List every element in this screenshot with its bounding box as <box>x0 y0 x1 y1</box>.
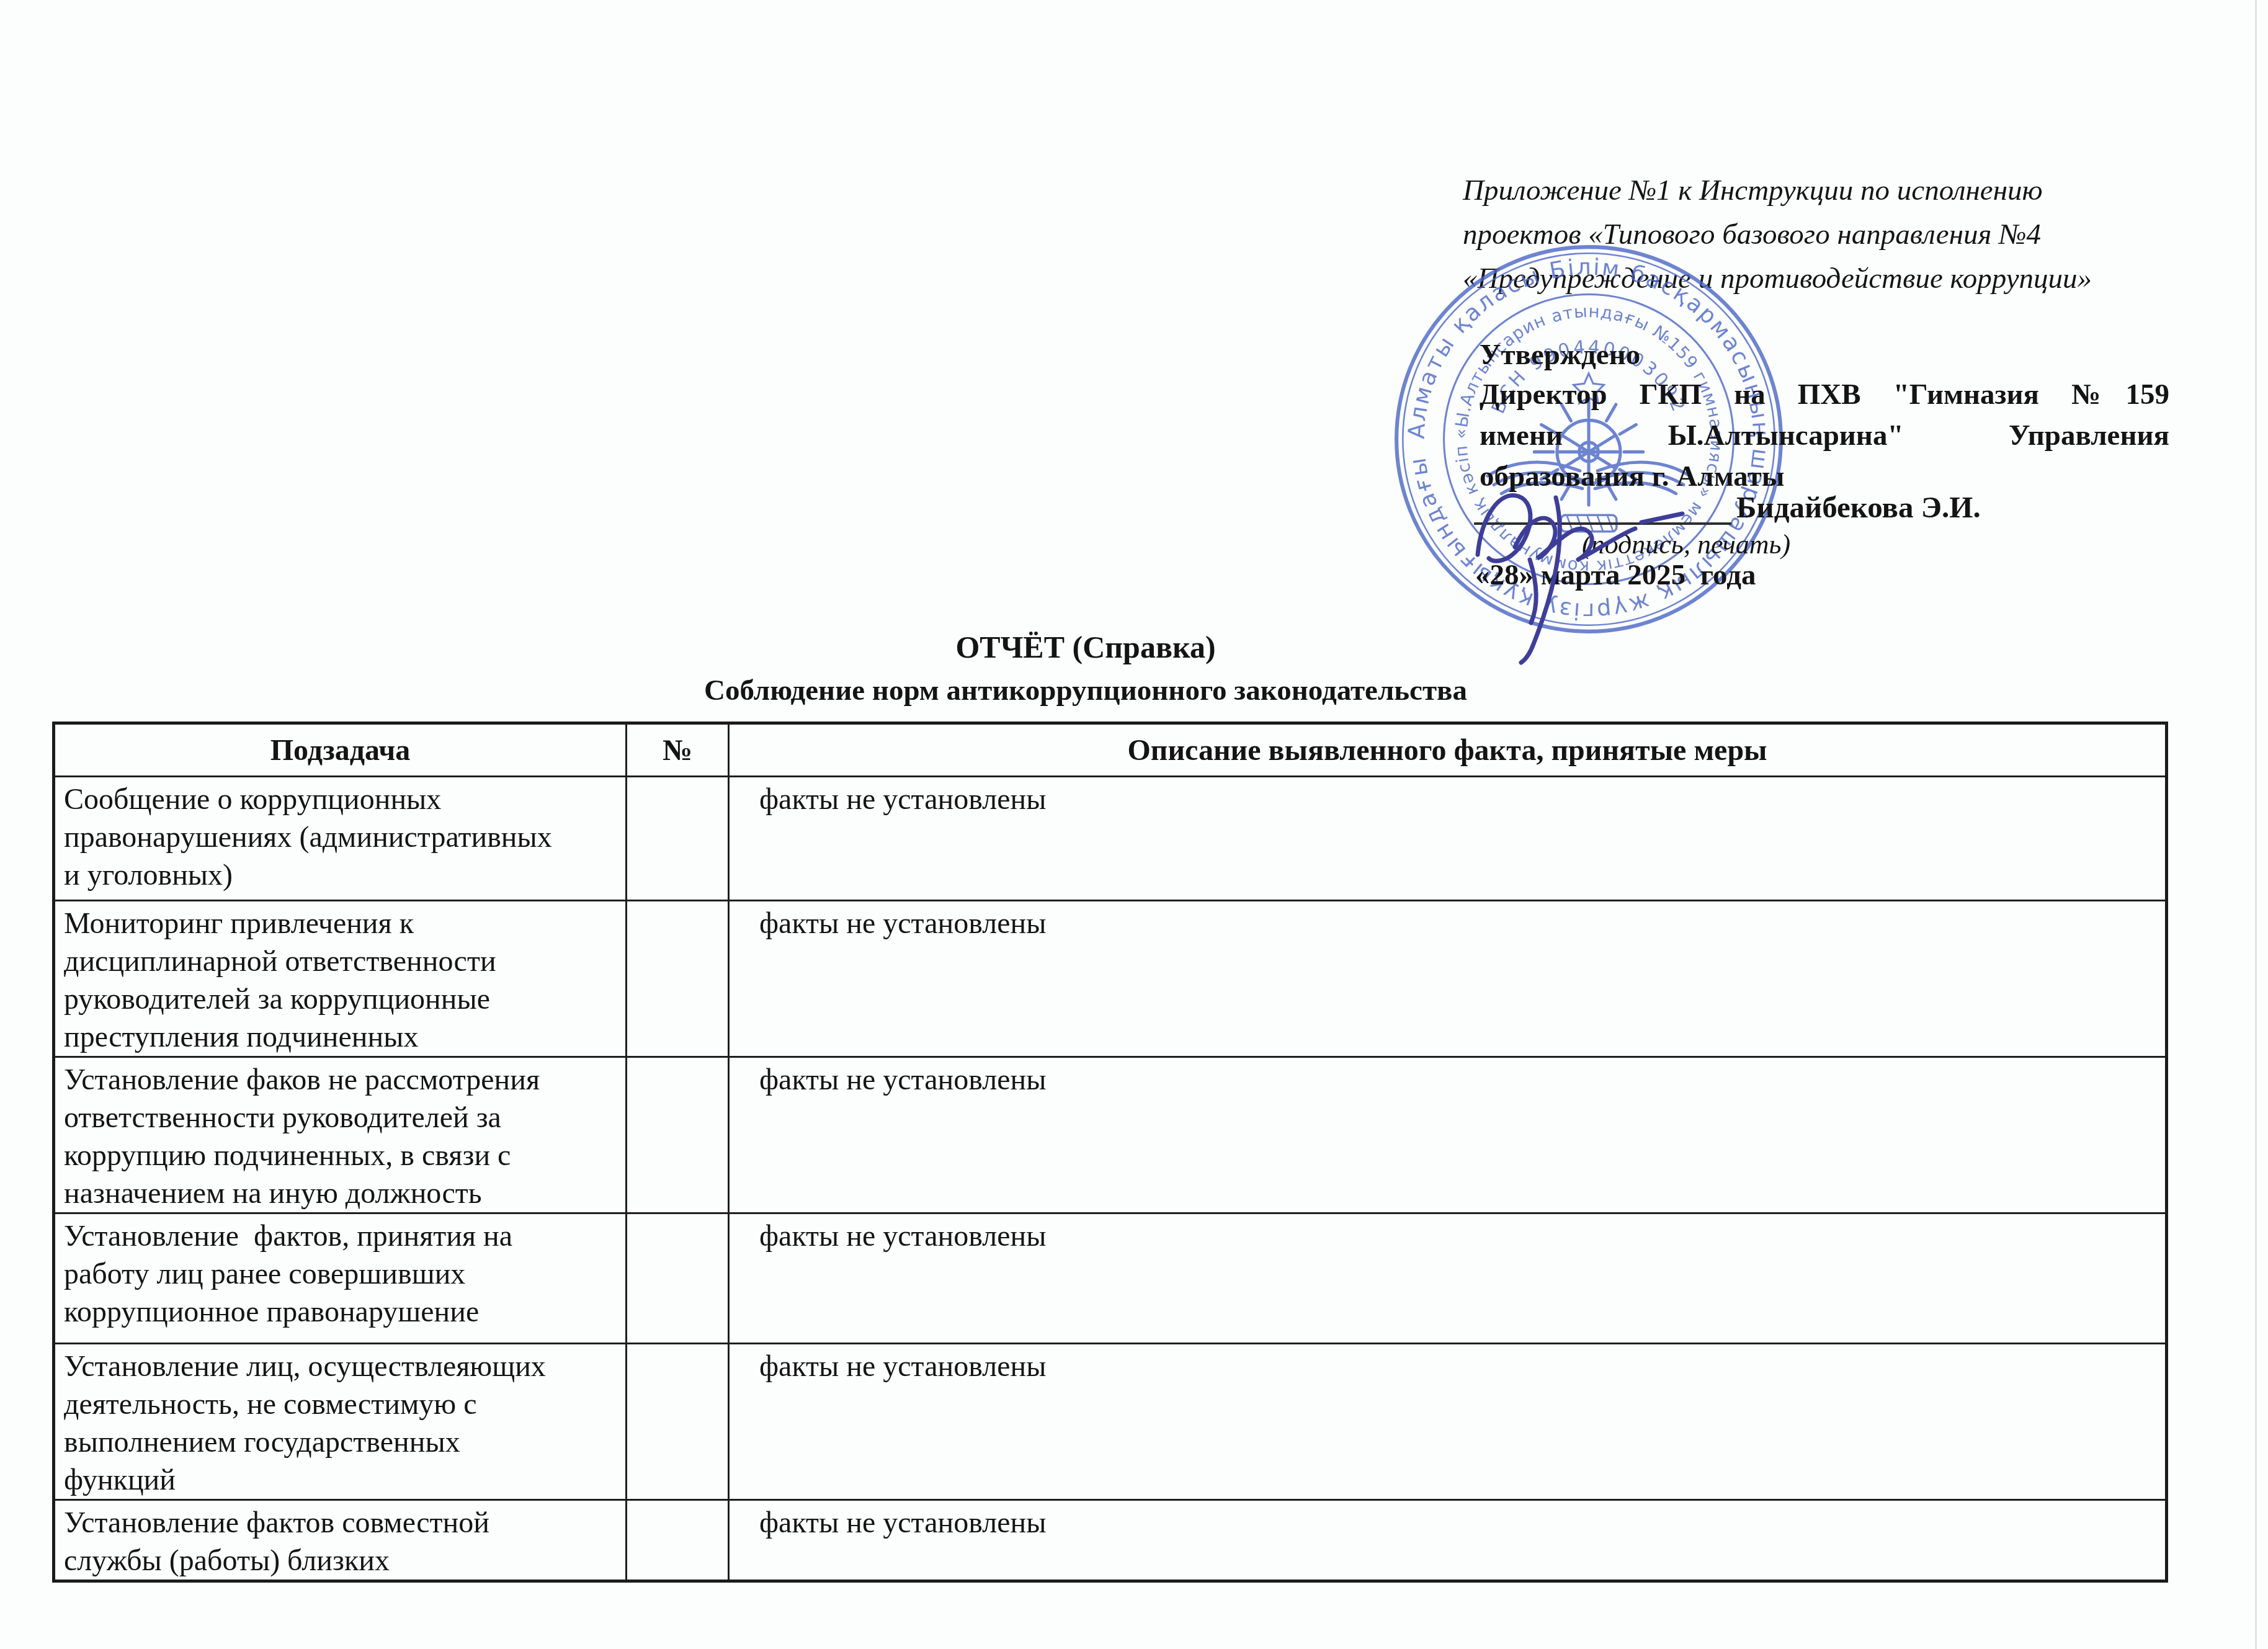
report-title: ОТЧЁТ (Справка) <box>53 629 2118 665</box>
number-cell <box>627 901 729 1057</box>
subtask-cell: Мониторинг привлечения к дисциплинарной … <box>54 901 627 1057</box>
approved-label: Утверждено <box>1480 338 2169 378</box>
report-subtitle: Соблюдение норм антикоррупционного закон… <box>53 674 2118 707</box>
number-cell <box>627 777 729 901</box>
title-block: ОТЧЁТ (Справка) Соблюдение норм антикорр… <box>53 629 2118 707</box>
number-cell <box>627 1500 729 1581</box>
table-row: Установление факов не рассмотрения ответ… <box>54 1057 2167 1213</box>
table-row: Мониторинг привлечения к дисциплинарной … <box>54 901 2167 1057</box>
description-cell: факты не установлены <box>729 901 2167 1057</box>
description-cell: факты не установлены <box>729 1500 2167 1581</box>
subtask-cell: Установление факов не рассмотрения ответ… <box>54 1057 627 1213</box>
description-cell: факты не установлены <box>729 777 2167 901</box>
handwritten-signature <box>1445 460 1718 733</box>
description-cell: факты не установлены <box>729 1057 2167 1213</box>
director-line-1: Директор ГКП на ПХВ "Гимназия №159 <box>1480 378 2169 419</box>
signatory-name: Бидайбекова Э.И. <box>1736 490 1981 525</box>
number-cell <box>627 1057 729 1213</box>
scan-page-edge <box>2255 0 2257 1649</box>
header-subtask: Подзадача <box>54 723 627 777</box>
scanned-report-page: Алматы қаласы Білім басқармасының шаруаш… <box>0 0 2268 1649</box>
director-line-2: имени Ы.Алтынсарина" Управления <box>1480 419 2169 460</box>
subtask-cell: Установление лиц, осуществлеяющих деятел… <box>54 1344 627 1500</box>
table-row: Установление лиц, осуществлеяющих деятел… <box>54 1344 2167 1500</box>
table-row: Сообщение о коррупционных правонарушения… <box>54 777 2167 901</box>
number-cell <box>627 1344 729 1500</box>
subtask-cell: Сообщение о коррупционных правонарушения… <box>54 777 627 901</box>
number-cell <box>627 1213 729 1344</box>
description-cell: факты не установлены <box>729 1344 2167 1500</box>
compliance-table: Подзадача № Описание выявленного факта, … <box>52 722 2168 1583</box>
description-cell: факты не установлены <box>729 1213 2167 1344</box>
table-header-row: Подзадача № Описание выявленного факта, … <box>54 723 2167 777</box>
table-row: Установление фактов совместной службы (р… <box>54 1500 2167 1581</box>
subtask-cell: Установление фактов, принятия на работу … <box>54 1213 627 1344</box>
table-row: Установление фактов, принятия на работу … <box>54 1213 2167 1344</box>
header-number: № <box>627 723 729 777</box>
subtask-cell: Установление фактов совместной службы (р… <box>54 1500 627 1581</box>
